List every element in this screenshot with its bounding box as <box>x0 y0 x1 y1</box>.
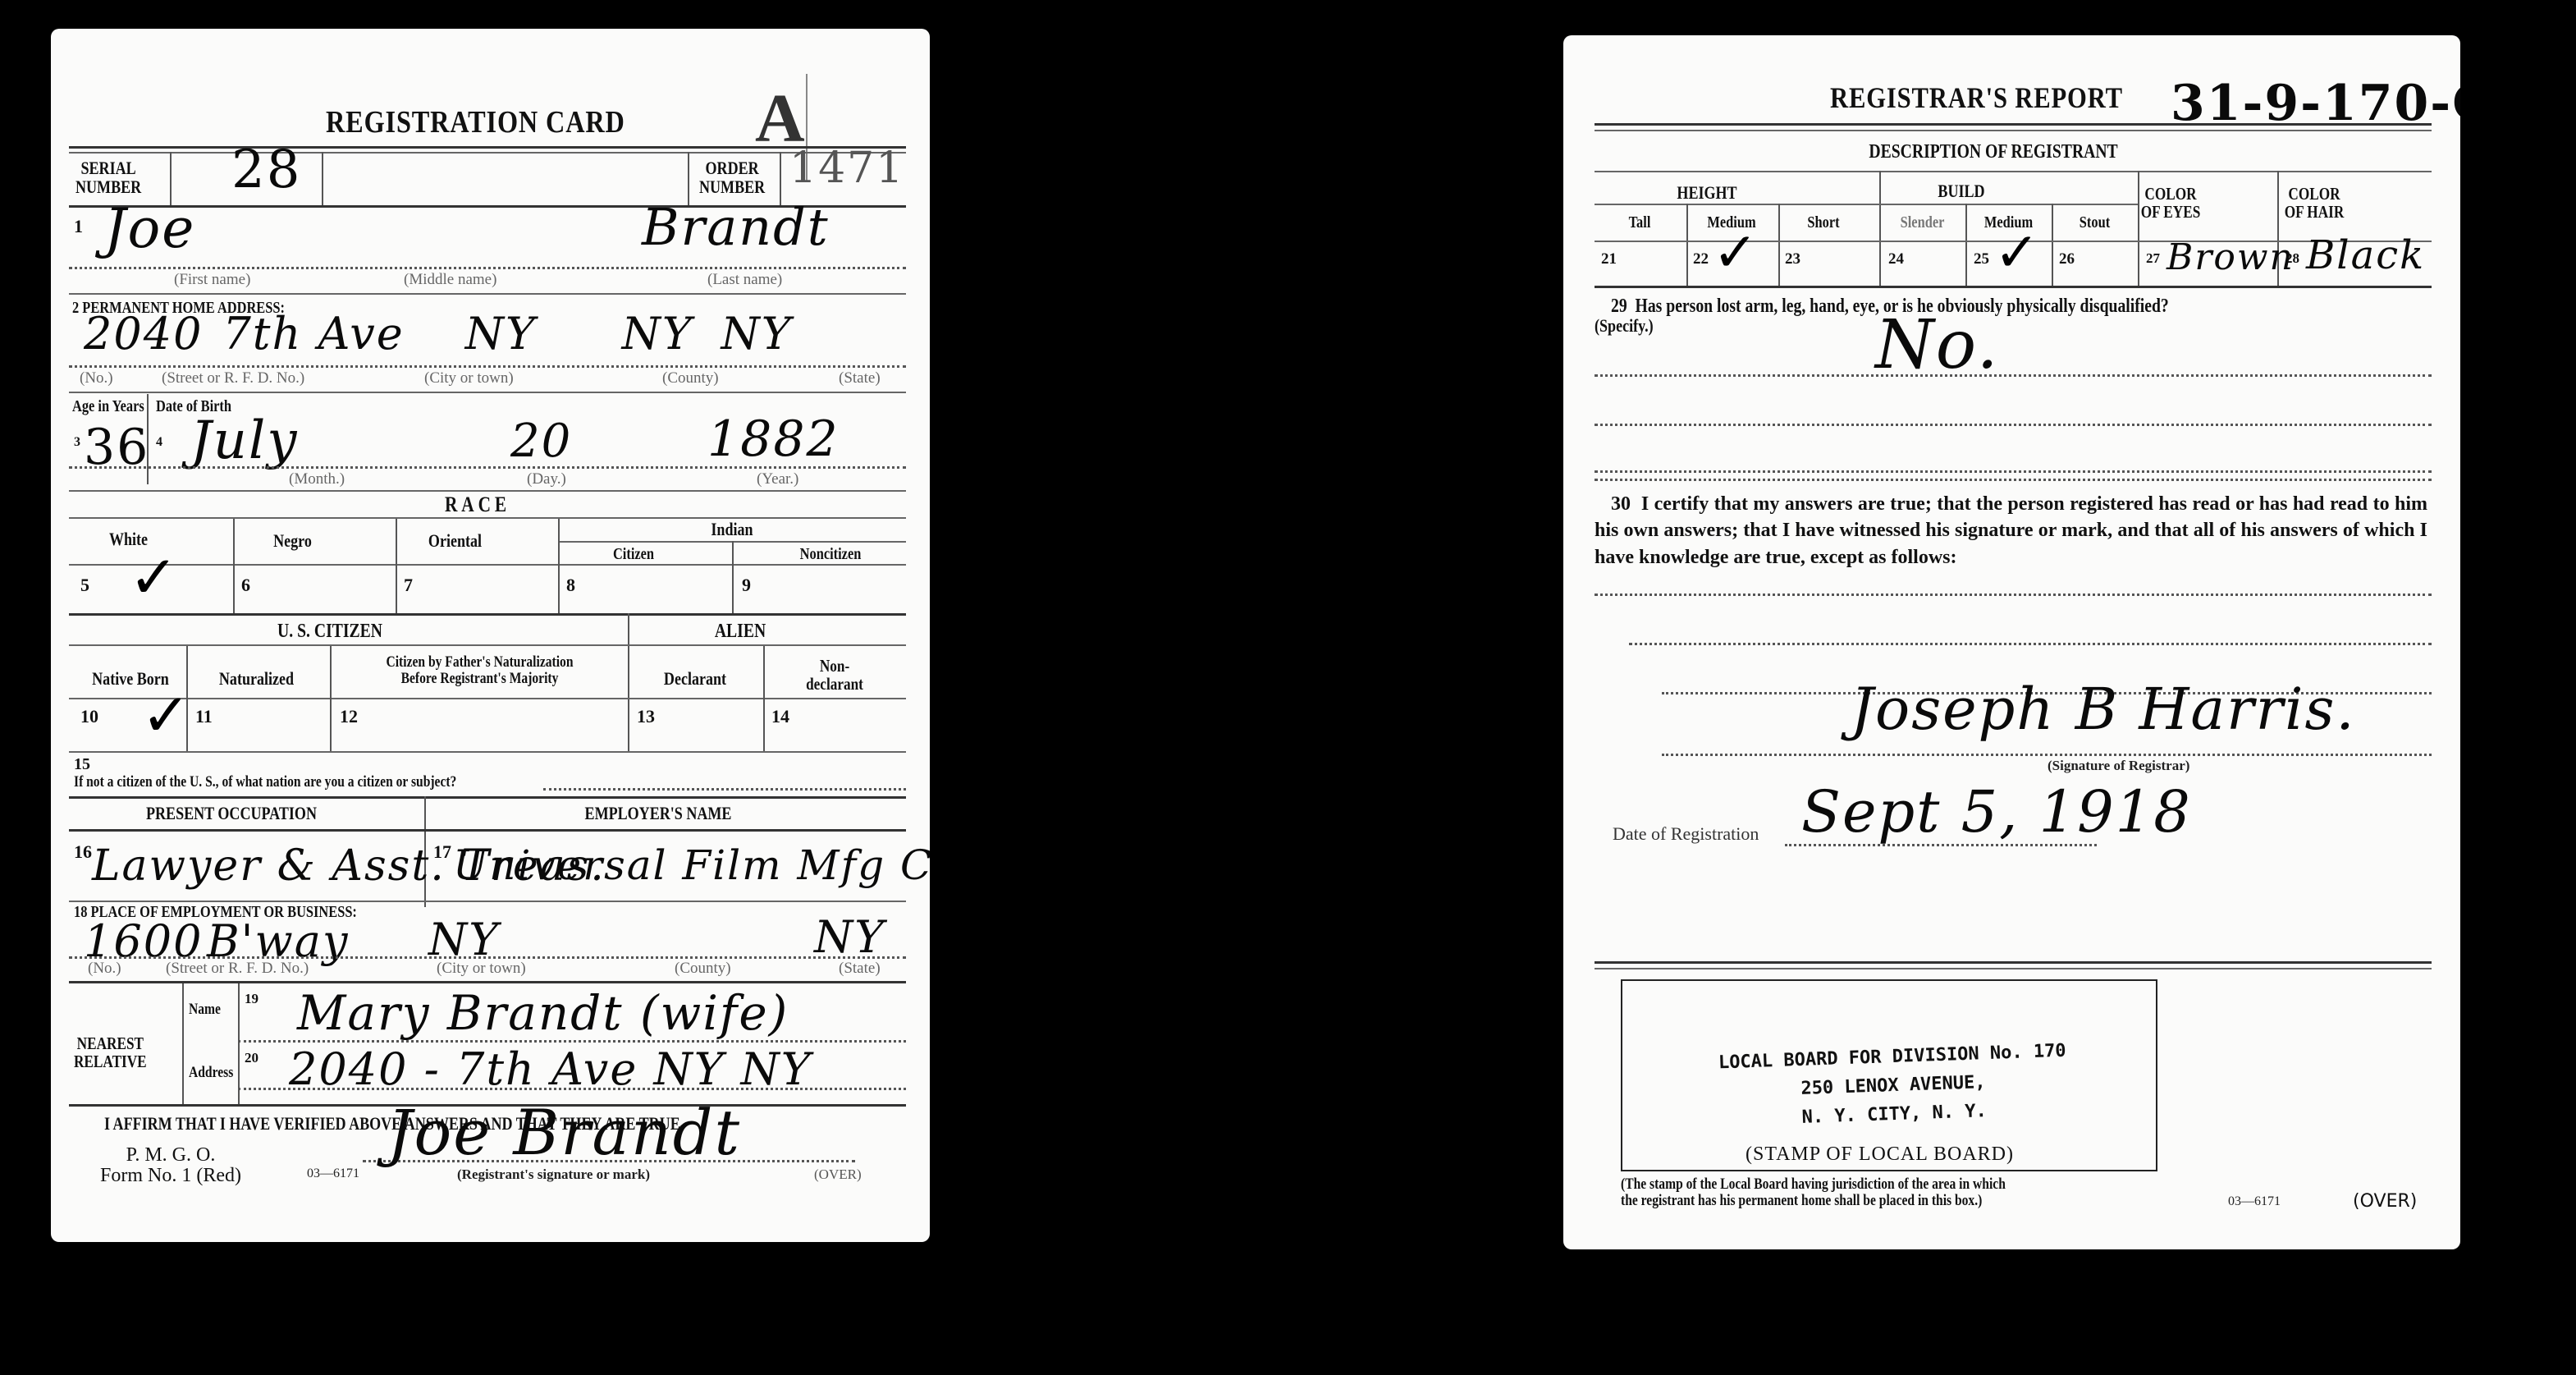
hair-color: Black <box>2306 232 2425 278</box>
order-number: 1471 <box>789 144 904 193</box>
height-medium-check: ✓ <box>1713 226 1758 280</box>
dob-month: July <box>190 410 299 471</box>
registration-date: Sept 5, 1918 <box>1801 778 2192 846</box>
race-white-check: ✓ <box>129 548 178 607</box>
local-board-stamp-box: LOCAL BOARD FOR DIVISION No. 170 250 LEN… <box>1621 979 2157 1171</box>
relative-name: Mary Brandt (wife) <box>297 985 789 1041</box>
eyes-heading: COLOROF EYES <box>2130 185 2211 221</box>
registrant-signature: Joe Brandt <box>387 1096 741 1169</box>
dob-year: 1882 <box>707 410 840 468</box>
race-heading: RACE <box>423 493 531 516</box>
registration-card-back: REGISTRAR'S REPORT 31-9-170-C DESCRIPTIO… <box>1563 35 2460 1249</box>
dob-day: 20 <box>510 415 572 468</box>
registration-card-front: REGISTRATION CARD A SERIALNUMBER 28 ORDE… <box>51 29 930 1242</box>
eye-color: Brown <box>2166 236 2295 278</box>
q29-answer: No. <box>1875 306 2000 384</box>
non-declarant-label: Non-declarant <box>785 657 885 693</box>
description-heading: DESCRIPTION OF REGISTRANT <box>1869 142 2111 163</box>
nearest-relative-label: NEARESTRELATIVE <box>74 1034 147 1070</box>
occupation-heading: PRESENT OCCUPATION <box>110 804 352 823</box>
serial-number: 28 <box>231 140 301 200</box>
first-name: Joe <box>104 197 195 260</box>
hair-heading: COLOROF HAIR <box>2274 185 2354 221</box>
last-name: Brandt <box>642 197 830 257</box>
date-label: Date of Registration <box>1613 823 1759 845</box>
card-title: REGISTRATION CARD <box>326 104 625 140</box>
over-label: (OVER) <box>2353 1191 2417 1212</box>
order-label: ORDERNUMBER <box>699 158 765 196</box>
local-board-stamp: LOCAL BOARD FOR DIVISION No. 170 250 LEN… <box>1686 1039 2099 1131</box>
form-id: P. M. G. O.Form No. 1 (Red) <box>100 1145 241 1186</box>
q30-text: 30 I certify that my answers are true; t… <box>1595 491 2427 571</box>
home-address: 2040 7th Ave NY NY NY <box>84 308 792 360</box>
report-title: REGISTRAR'S REPORT <box>1830 80 2123 115</box>
employment-state: NY <box>814 911 885 963</box>
by-father-label: Citizen by Father's NaturalizationBefore… <box>360 654 599 687</box>
serial-label: SERIALNUMBER <box>75 158 141 196</box>
registrar-signature: Joseph B Harris. <box>1851 676 2356 743</box>
native-born-check: ✓ <box>141 685 190 745</box>
stamp-caption: (The stamp of the Local Board having jur… <box>1621 1176 2006 1209</box>
employer-heading: EMPLOYER'S NAME <box>537 804 779 823</box>
employer: Universal Film Mfg Co <box>453 841 930 889</box>
build-medium-check: ✓ <box>1994 226 2039 280</box>
